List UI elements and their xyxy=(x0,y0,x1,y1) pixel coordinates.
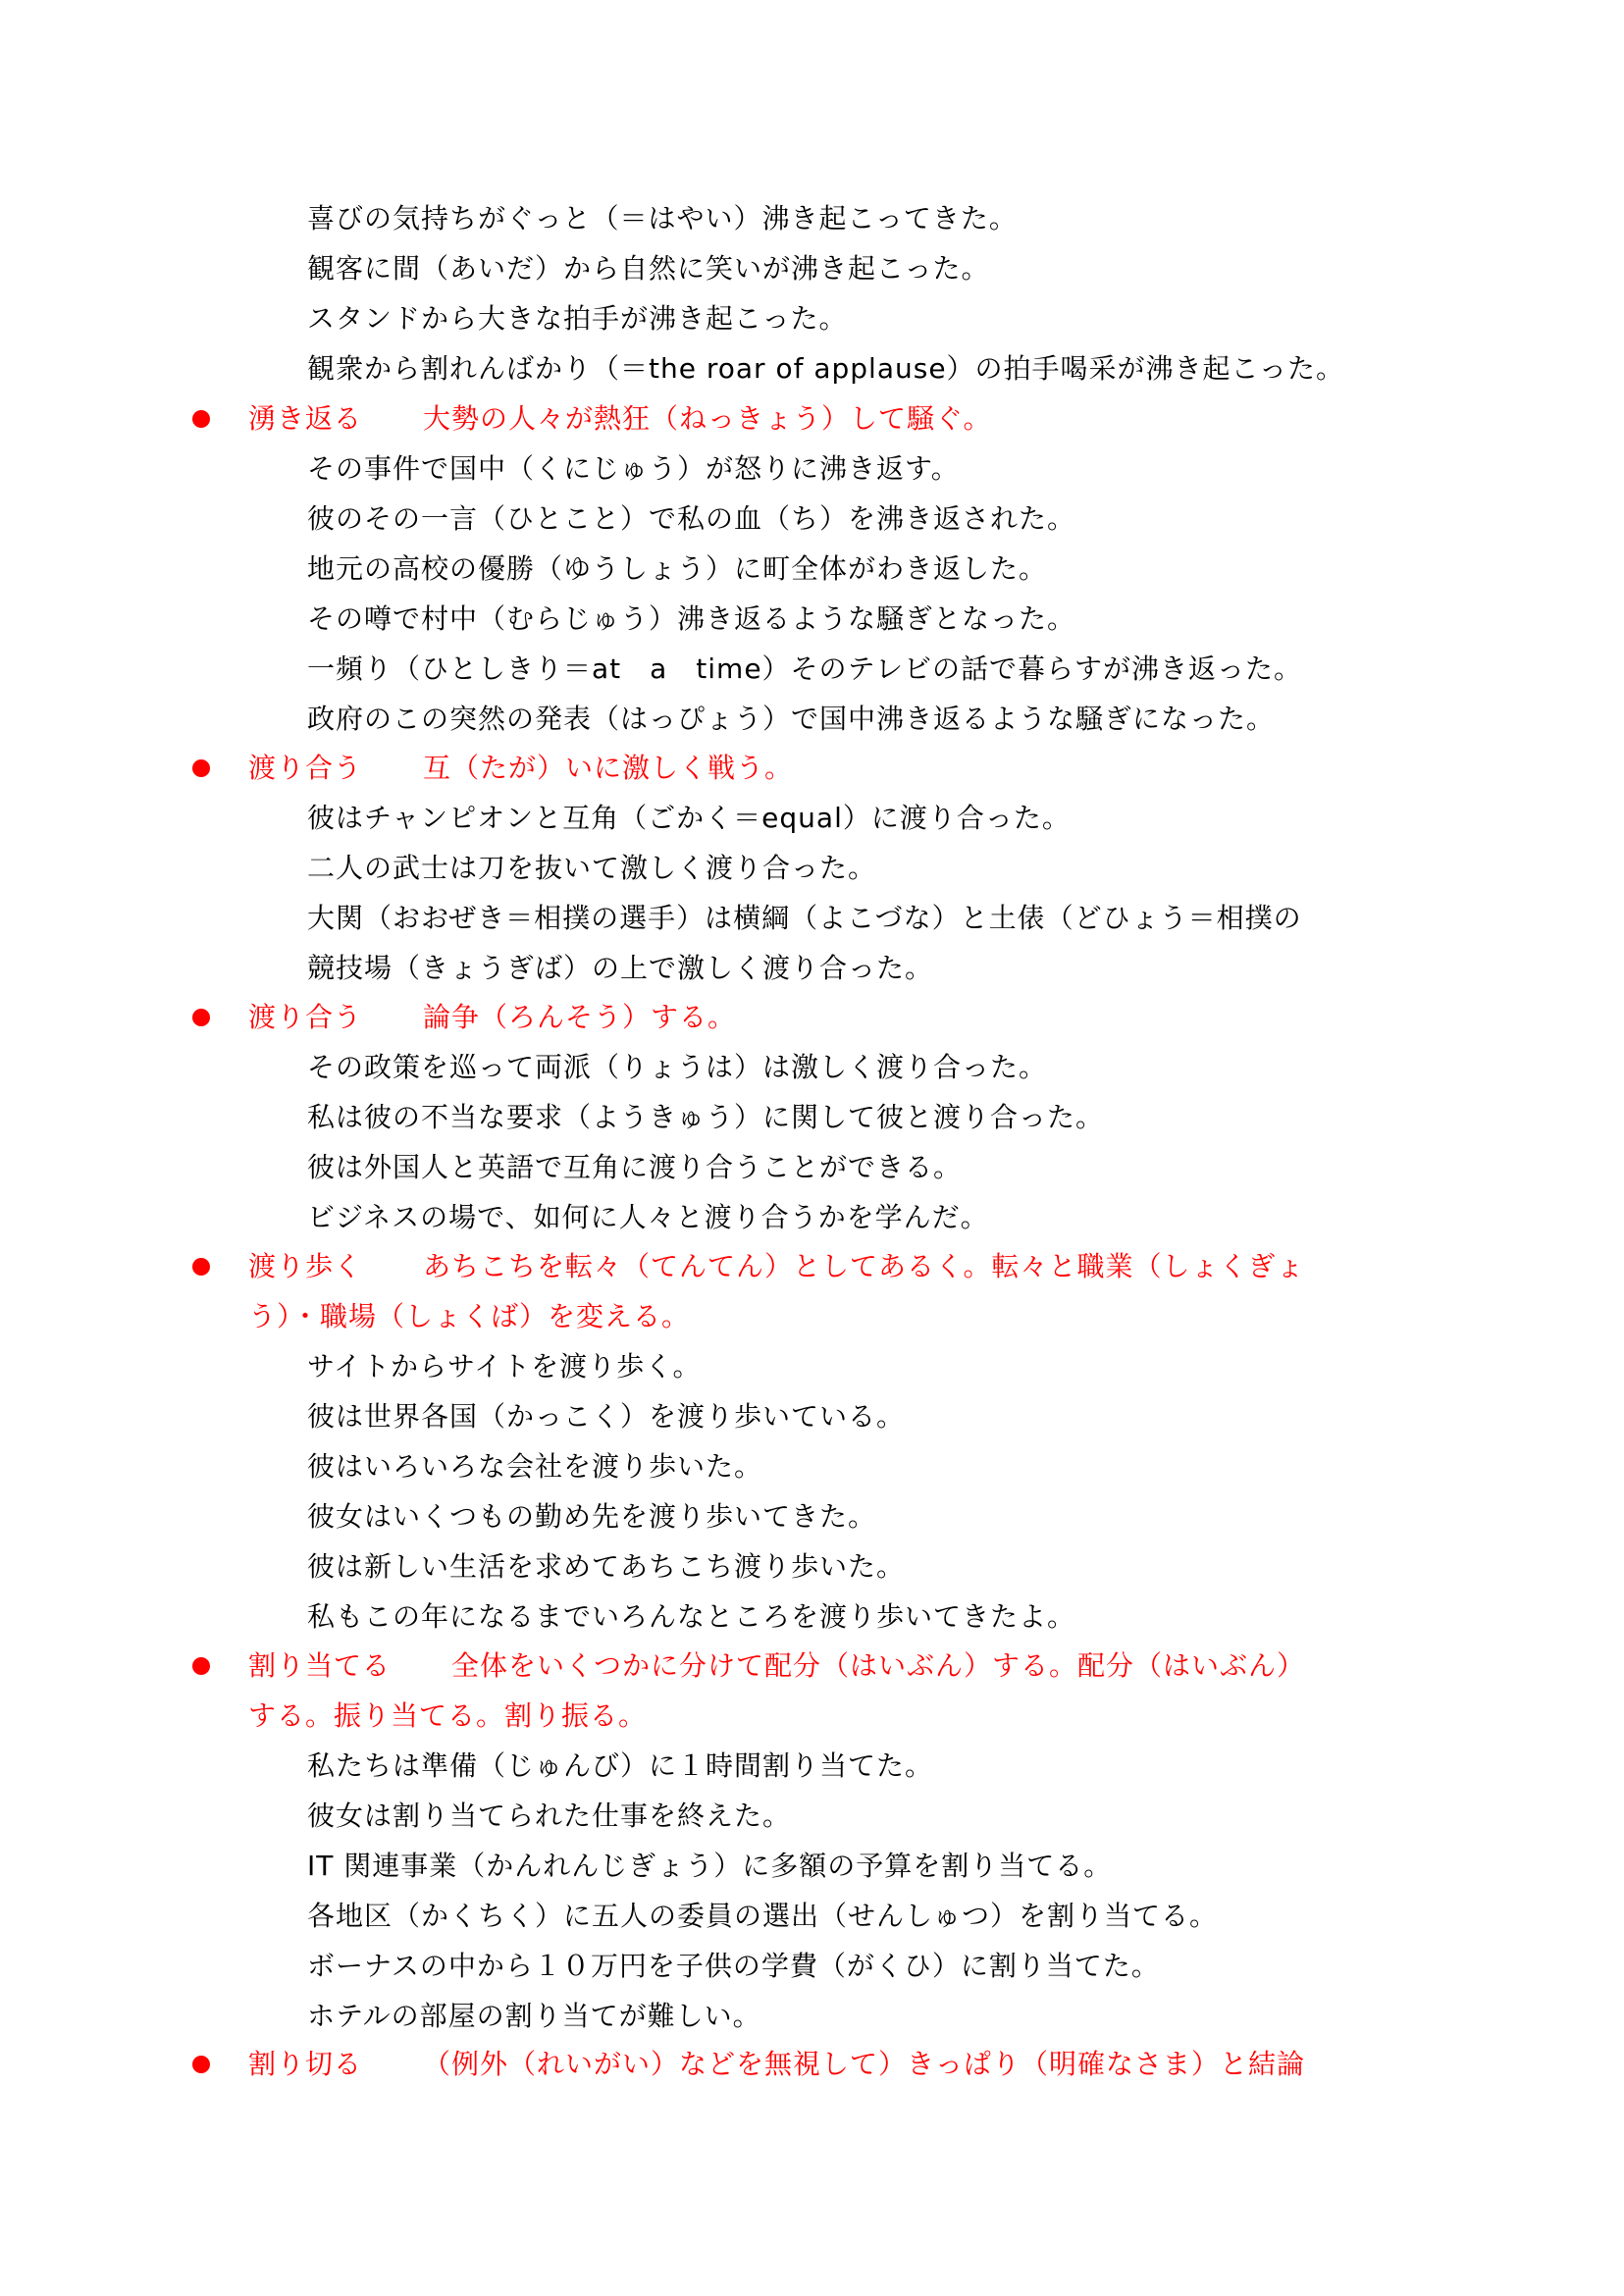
bullet-icon xyxy=(192,410,210,428)
example-sentence: 二人の武士は刀を抜いて激しく渡り合った。 xyxy=(307,851,876,886)
example-sentence: 彼女は割り当てられた仕事を終えた。 xyxy=(307,1799,791,1834)
example-sentence: 大関（おおぜき＝相撲の選手）は横綱（よこづな）と土俵（どひょう＝相撲の xyxy=(307,901,1302,936)
example-sentence: 観客に間（あいだ）から自然に笑いが沸き起こった。 xyxy=(307,251,989,287)
example-sentence: 地元の高校の優勝（ゆうしょう）に町全体がわき返した。 xyxy=(307,551,1047,587)
example-sentence: 私たちは準備（じゅんび）に１時間割り当てた。 xyxy=(307,1748,933,1784)
example-sentence: 彼女はいくつもの勤め先を渡り歩いてきた。 xyxy=(307,1499,876,1535)
bullet-icon xyxy=(192,759,210,777)
entry-term: 割り当てる xyxy=(248,1649,391,1682)
bullet-icon xyxy=(192,1258,210,1276)
entry-definition: あちこちを転々（てんてん）としてあるく。転々と職業（しょくぎょ xyxy=(423,1250,1304,1282)
example-sentence: 彼はチャンピオンと互角（ごかく＝equal）に渡り合った。 xyxy=(307,801,1071,836)
example-sentence: サイトからサイトを渡り歩く。 xyxy=(307,1349,702,1384)
example-sentence: スタンドから大きな拍手が沸き起こった。 xyxy=(307,301,847,337)
entry-term: 渡り歩く xyxy=(248,1250,362,1282)
entry-definition: （例外（れいがい）などを無視して）きっぱり（明確なさま）と結論 xyxy=(423,2048,1305,2080)
entry-term: 湧き返る xyxy=(248,402,362,435)
example-sentence: ビジネスの場で、如何に人々と渡り合うかを学んだ。 xyxy=(307,1200,989,1235)
entry-heading: 湧き返る大勢の人々が熱狂（ねっきょう）して騒ぐ。 xyxy=(248,401,991,437)
entry-definition-continued: う）・職場（しょくば）を変える。 xyxy=(248,1299,690,1334)
example-sentence: その事件で国中（くにじゅう）が怒りに沸き返す。 xyxy=(307,451,960,487)
example-sentence: 私もこの年になるまでいろんなところを渡り歩いてきたよ。 xyxy=(307,1599,1075,1635)
entry-heading: 割り切る（例外（れいがい）などを無視して）きっぱり（明確なさま）と結論 xyxy=(248,2047,1305,2082)
entry-term: 渡り合う xyxy=(248,752,362,784)
example-sentence: 彼はいろいろな会社を渡り歩いた。 xyxy=(307,1449,762,1485)
example-sentence: 彼は新しい生活を求めてあちこち渡り歩いた。 xyxy=(307,1549,905,1585)
entry-definition-continued: する。振り当てる。割り振る。 xyxy=(248,1698,647,1734)
example-sentence: その政策を巡って両派（りょうは）は激しく渡り合った。 xyxy=(307,1050,1047,1085)
example-sentence: 一頻り（ひとしきり＝at a time）そのテレビの話で暮らすが沸き返った。 xyxy=(307,652,1302,687)
bullet-icon xyxy=(192,1009,210,1026)
bullet-icon xyxy=(192,2056,210,2073)
entry-term: 渡り合う xyxy=(248,1001,362,1033)
example-sentence: IT 関連事業（かんれんじぎょう）に多額の予算を割り当てる。 xyxy=(307,1849,1112,1884)
example-sentence: その噂で村中（むらじゅう）沸き返るような騒ぎとなった。 xyxy=(307,601,1075,637)
example-sentence: 彼は世界各国（かっこく）を渡り歩いている。 xyxy=(307,1399,905,1435)
entry-heading: 渡り合う互（たが）いに激しく戦う。 xyxy=(248,751,793,786)
document-page: 喜びの気持ちがぐっと（＝はやい）沸き起こってきた。 観客に間（あいだ）から自然に… xyxy=(0,0,1624,2296)
example-sentence: 各地区（かくちく）に五人の委員の選出（せんしゅつ）を割り当てる。 xyxy=(307,1899,1218,1934)
entry-heading: 割り当てる全体をいくつかに分けて配分（はいぶん）する。配分（はいぶん） xyxy=(248,1648,1305,1684)
entry-definition: 互（たが）いに激しく戦う。 xyxy=(423,752,793,784)
example-sentence: 彼は外国人と英語で互角に渡り合うことができる。 xyxy=(307,1150,962,1185)
example-sentence: ボーナスの中から１０万円を子供の学費（がくひ）に割り当てた。 xyxy=(307,1949,1160,1984)
example-sentence: 彼のその一言（ひとこと）で私の血（ち）を沸き返された。 xyxy=(307,501,1075,537)
entry-definition: 論争（ろんそう）する。 xyxy=(423,1001,736,1033)
example-sentence: 政府のこの突然の発表（はっぴょう）で国中沸き返るような騒ぎになった。 xyxy=(307,702,1275,737)
example-sentence: 喜びの気持ちがぐっと（＝はやい）沸き起こってきた。 xyxy=(307,201,1018,236)
entry-definition: 全体をいくつかに分けて配分（はいぶん）する。配分（はいぶん） xyxy=(451,1649,1305,1682)
entry-heading: 渡り歩くあちこちを転々（てんてん）としてあるく。転々と職業（しょくぎょ xyxy=(248,1249,1304,1284)
entry-term: 割り切る xyxy=(248,2048,362,2080)
example-sentence: ホテルの部屋の割り当てが難しい。 xyxy=(307,1999,761,2034)
bullet-icon xyxy=(192,1657,210,1675)
example-sentence: 私は彼の不当な要求（ようきゅう）に関して彼と渡り合った。 xyxy=(307,1100,1104,1135)
example-sentence: 競技場（きょうぎば）の上で激しく渡り合った。 xyxy=(307,951,933,986)
entry-heading: 渡り合う論争（ろんそう）する。 xyxy=(248,1000,736,1035)
entry-definition: 大勢の人々が熱狂（ねっきょう）して騒ぐ。 xyxy=(423,402,991,435)
example-sentence: 観衆から割れんばかり（＝the roar of applause）の拍手喝采が沸… xyxy=(307,351,1344,387)
